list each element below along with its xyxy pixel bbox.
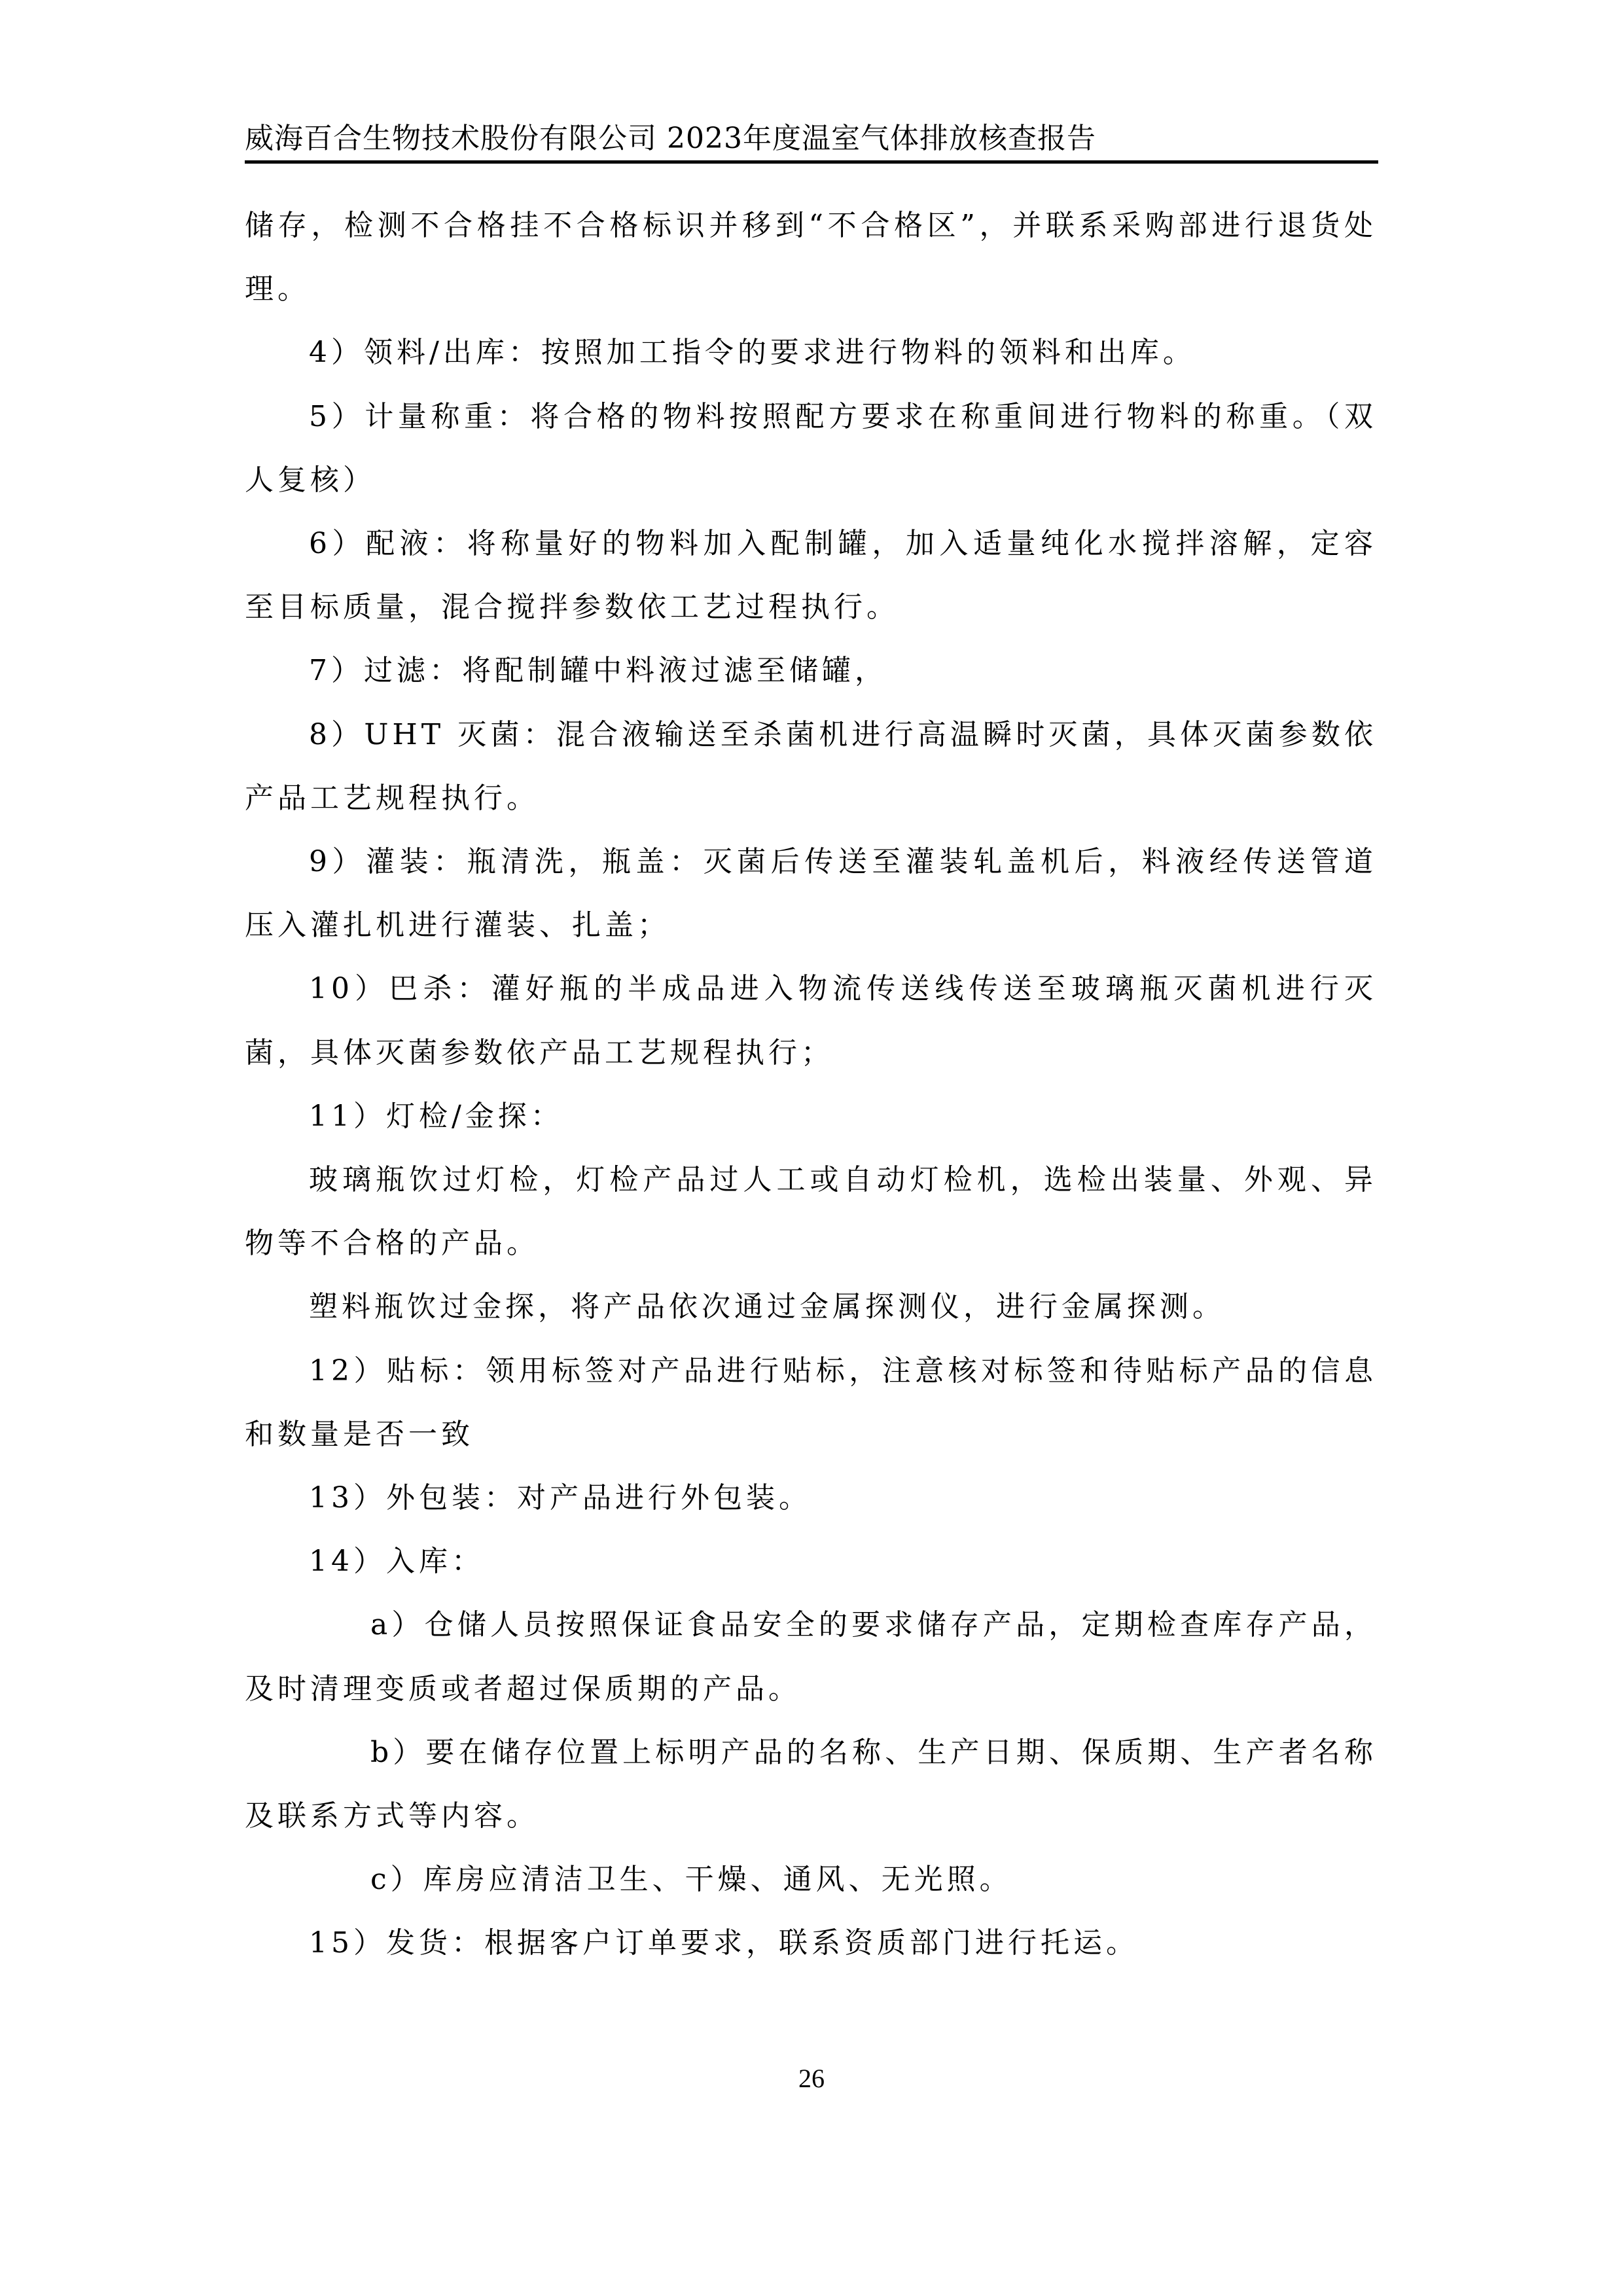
paragraph-step-10-pasteurization: 10）巴杀：灌好瓶的半成品进入物流传送线传送至玻璃瓶灭菌机进行灭菌，具体灭菌参数… xyxy=(245,957,1377,1084)
paragraph-step-15-shipping: 15）发货：根据客户订单要求，联系资质部门进行托运。 xyxy=(245,1911,1377,1975)
paragraph-step-11-inspection: 11）灯检/金探： xyxy=(245,1085,1377,1148)
paragraph-step-7-filtering: 7）过滤：将配制罐中料液过滤至储罐， xyxy=(245,639,1377,702)
paragraph-step-14-b: b）要在储存位置上标明产品的名称、生产日期、保质期、生产者名称及联系方式等内容。 xyxy=(245,1721,1377,1848)
running-header: 威海百合生物技术股份有限公司 2023年度温室气体排放核查报告 xyxy=(245,119,1378,161)
paragraph-step-8-uht: 8）UHT 灭菌：混合液输送至杀菌机进行高温瞬时灭菌，具体灭菌参数依产品工艺规程… xyxy=(245,703,1377,830)
body-text: 储存，检测不合格挂不合格标识并移到“不合格区”，并联系采购部进行退货处理。 4）… xyxy=(245,194,1377,1975)
header-rule xyxy=(245,160,1378,164)
paragraph-step-14-c: c）库房应清洁卫生、干燥、通风、无光照。 xyxy=(245,1848,1377,1911)
paragraph-step-14-warehousing: 14）入库： xyxy=(245,1530,1377,1593)
paragraph-step-9-filling: 9）灌装：瓶清洗，瓶盖：灭菌后传送至灌装轧盖机后，料液经传送管道压入灌扎机进行灌… xyxy=(245,830,1377,957)
paragraph-step-14-a: a）仓储人员按照保证食品安全的要求储存产品，定期检查库存产品，及时清理变质或者超… xyxy=(245,1593,1377,1720)
paragraph-step-6-mixing: 6）配液：将称量好的物料加入配制罐，加入适量纯化水搅拌溶解，定容至目标质量，混合… xyxy=(245,512,1377,639)
paragraph-step-5-weighing: 5）计量称重：将合格的物料按照配方要求在称重间进行物料的称重。（双人复核） xyxy=(245,385,1377,512)
document-page: 威海百合生物技术股份有限公司 2023年度温室气体排放核查报告 储存，检测不合格… xyxy=(0,0,1623,2296)
paragraph-storage-continuation: 储存，检测不合格挂不合格标识并移到“不合格区”，并联系采购部进行退货处理。 xyxy=(245,194,1377,321)
paragraph-step-11-glass: 玻璃瓶饮过灯检，灯检产品过人工或自动灯检机，选检出装量、外观、异物等不合格的产品… xyxy=(245,1148,1377,1275)
paragraph-step-4-picking: 4）领料/出库：按照加工指令的要求进行物料的领料和出库。 xyxy=(245,321,1377,384)
paragraph-step-11-plastic: 塑料瓶饮过金探，将产品依次通过金属探测仪，进行金属探测。 xyxy=(245,1275,1377,1338)
paragraph-step-13-packaging: 13）外包装：对产品进行外包装。 xyxy=(245,1466,1377,1530)
paragraph-step-12-labeling: 12）贴标：领用标签对产品进行贴标，注意核对标签和待贴标产品的信息和数量是否一致 xyxy=(245,1339,1377,1466)
page-number: 26 xyxy=(0,2063,1623,2094)
